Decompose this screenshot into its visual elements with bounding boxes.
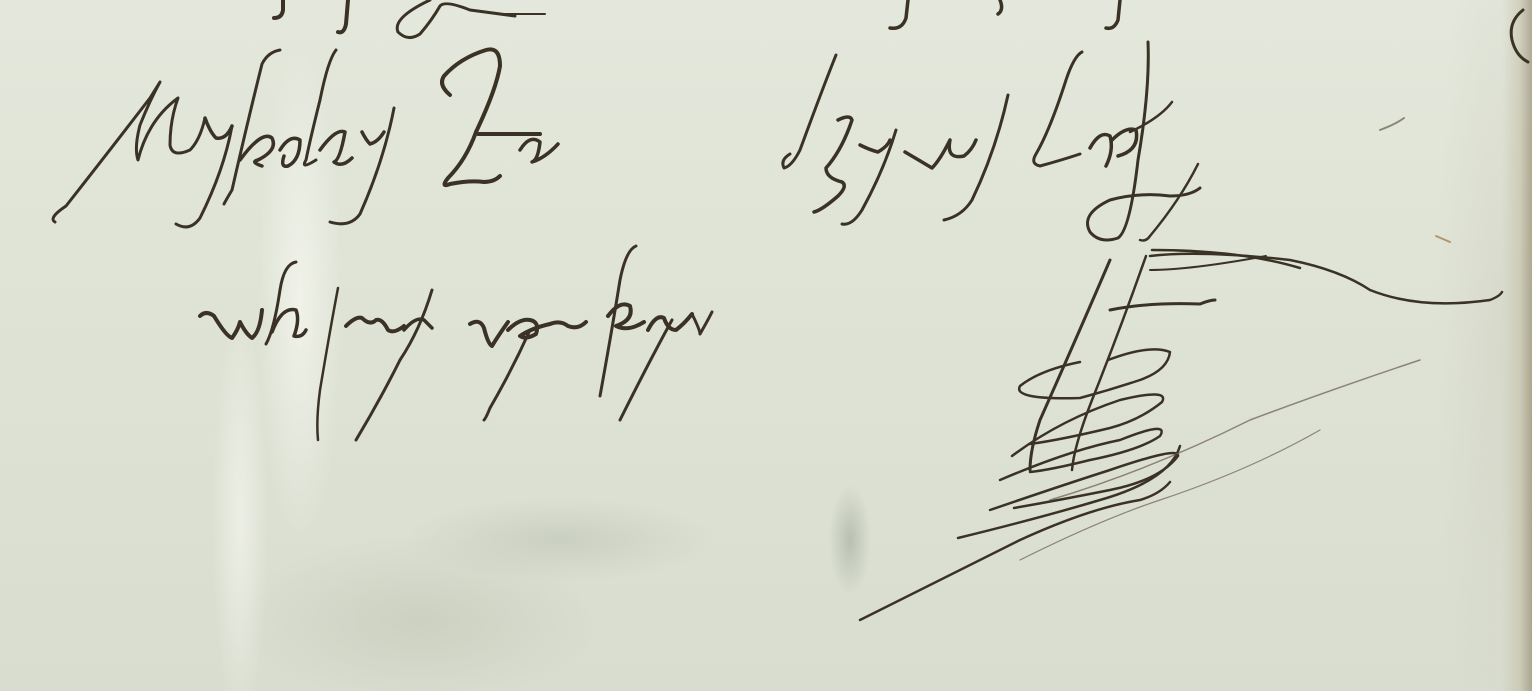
stray-marks (1380, 118, 1450, 242)
top-line-fragment (274, 0, 1528, 62)
attestation-line (200, 246, 712, 440)
handwriting-layer (0, 0, 1532, 691)
document-page: Mikolaij Radziwil Lr[…] własnay ręką par… (0, 0, 1532, 691)
signature-paraph (860, 254, 1502, 620)
name-line (53, 42, 1300, 268)
